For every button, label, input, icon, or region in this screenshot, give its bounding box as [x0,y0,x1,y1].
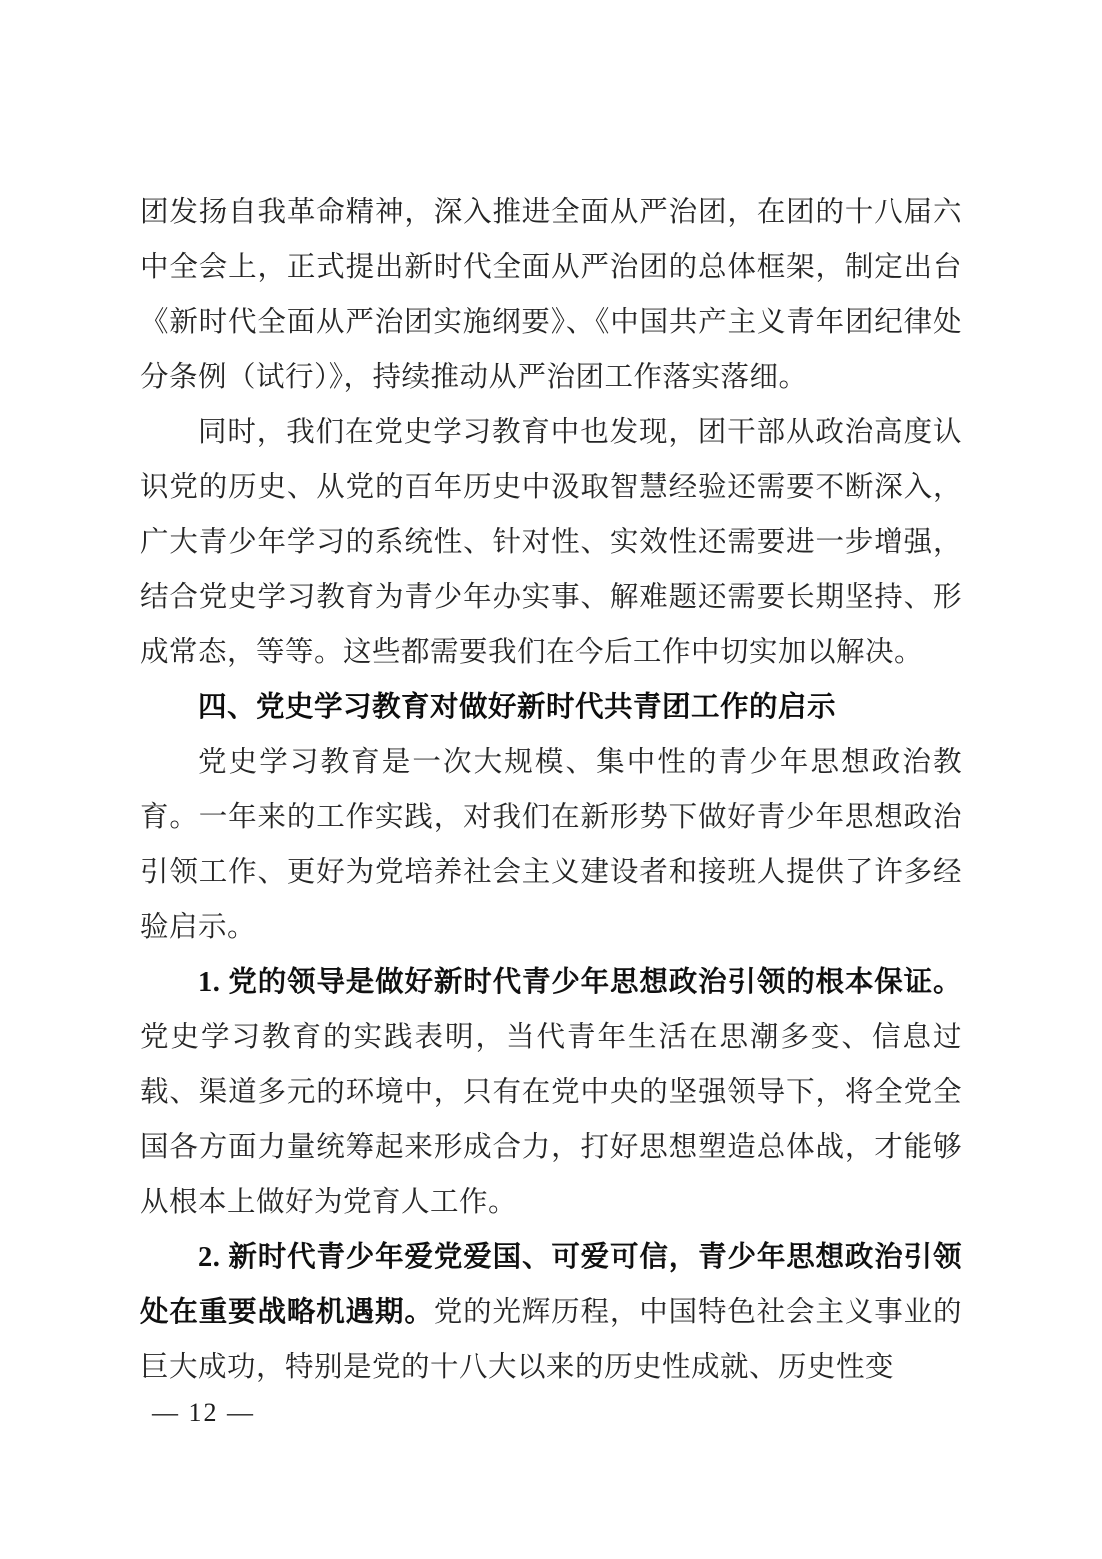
numbered-point-1-lead: 1. 党的领导是做好新时代青少年思想政治引领的根本保证。 [198,967,962,998]
paragraph: 党史学习教育是一次大规模、集中性的青少年思想政治教育。一年来的工作实践，对我们在… [140,735,962,955]
page-footer: — 12 — [152,1398,255,1428]
section-heading: 四、党史学习教育对做好新时代共青团工作的启示 [140,680,962,735]
numbered-point-1-text: 党史学习教育的实践表明，当代青年生活在思潮多变、信息过载、渠道多元的环境中，只有… [140,1022,962,1218]
numbered-paragraph-2: 2. 新时代青少年爱党爱国、可爱可信，青少年思想政治引领处在重要战略机遇期。党的… [140,1230,962,1395]
document-page: 团发扬自我革命精神，深入推进全面从严治团，在团的十八届六中全会上，正式提出新时代… [0,0,1102,1559]
document-body: 团发扬自我革命精神，深入推进全面从严治团，在团的十八届六中全会上，正式提出新时代… [140,185,962,1395]
numbered-paragraph-1: 1. 党的领导是做好新时代青少年思想政治引领的根本保证。党史学习教育的实践表明，… [140,955,962,1230]
paragraph-continuation: 团发扬自我革命精神，深入推进全面从严治团，在团的十八届六中全会上，正式提出新时代… [140,185,962,405]
paragraph: 同时，我们在党史学习教育中也发现，团干部从政治高度认识党的历史、从党的百年历史中… [140,405,962,680]
page-number: — 12 — [152,1398,255,1427]
